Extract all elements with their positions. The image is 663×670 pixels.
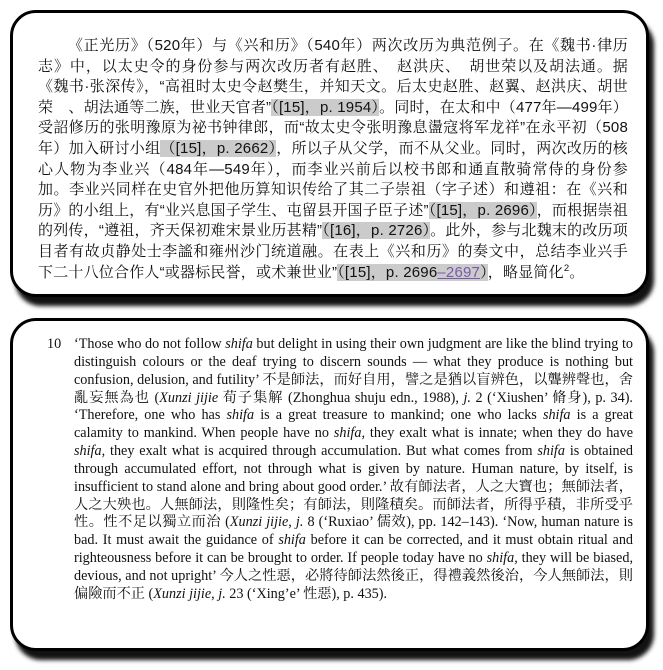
footnote-number: 10	[47, 336, 74, 604]
italic-term: j.	[218, 586, 226, 602]
page-range-link[interactable]: –2697	[437, 264, 480, 281]
citation-highlight: （[16]，p. 2726）	[322, 222, 430, 239]
footnote-text: ‘Those who do not follow shifa but delig…	[74, 336, 633, 604]
text-segment: , they exalt what is innate; when they d…	[361, 425, 633, 441]
italic-term: shifa	[226, 407, 254, 423]
citation-highlight: （[15]，p. 1954）	[271, 99, 379, 116]
citation-highlight: （[15]，p. 2696）	[429, 202, 537, 219]
text-segment: 23 (‘Xing’e’ 性惡), p. 435).	[226, 586, 387, 602]
italic-term: shifa	[278, 532, 306, 548]
italic-term: shifa	[74, 443, 102, 459]
text-segment: ‘Those who do not follow	[74, 336, 225, 352]
text-segment: ，略显简化	[488, 264, 564, 281]
italic-term: shifa	[543, 407, 571, 423]
italic-term: shifa	[225, 336, 253, 352]
italic-term: shifa	[487, 550, 515, 566]
citation-highlight: （[15]，p. 2662）	[160, 140, 276, 157]
italic-term: j.	[463, 390, 471, 406]
footnote: 10 ‘Those who do not follow shifa but de…	[47, 336, 633, 604]
italic-term: Xunzi jijie	[159, 390, 218, 406]
italic-term: Xunzi jijie	[230, 514, 288, 530]
text-segment: 。	[569, 264, 584, 281]
italic-term: shifa	[334, 425, 362, 441]
chinese-excerpt-card: 《正光历》（520年）与《兴和历》（540年）两次改历为典范例子。在《魏书·律历…	[10, 10, 649, 297]
footnote-card: 10 ‘Those who do not follow shifa but de…	[10, 318, 649, 651]
italic-term: shifa	[537, 443, 565, 459]
citation-highlight: ）	[480, 264, 488, 281]
citation-highlight: （[15]，p. 2696	[337, 264, 437, 281]
text-segment: is a great treasure to mankind; one who …	[254, 407, 543, 423]
chinese-paragraph: 《正光历》（520年）与《兴和历》（540年）两次改历为典范例子。在《魏书·律历…	[38, 36, 628, 283]
text-segment: ,	[288, 514, 296, 530]
text-segment: , they exalt what is acquired through ac…	[102, 443, 538, 459]
italic-term: Xunzi jijie	[153, 586, 211, 602]
text-segment: 荀子集解 (Zhonghua shuju edn., 1988),	[218, 390, 463, 406]
